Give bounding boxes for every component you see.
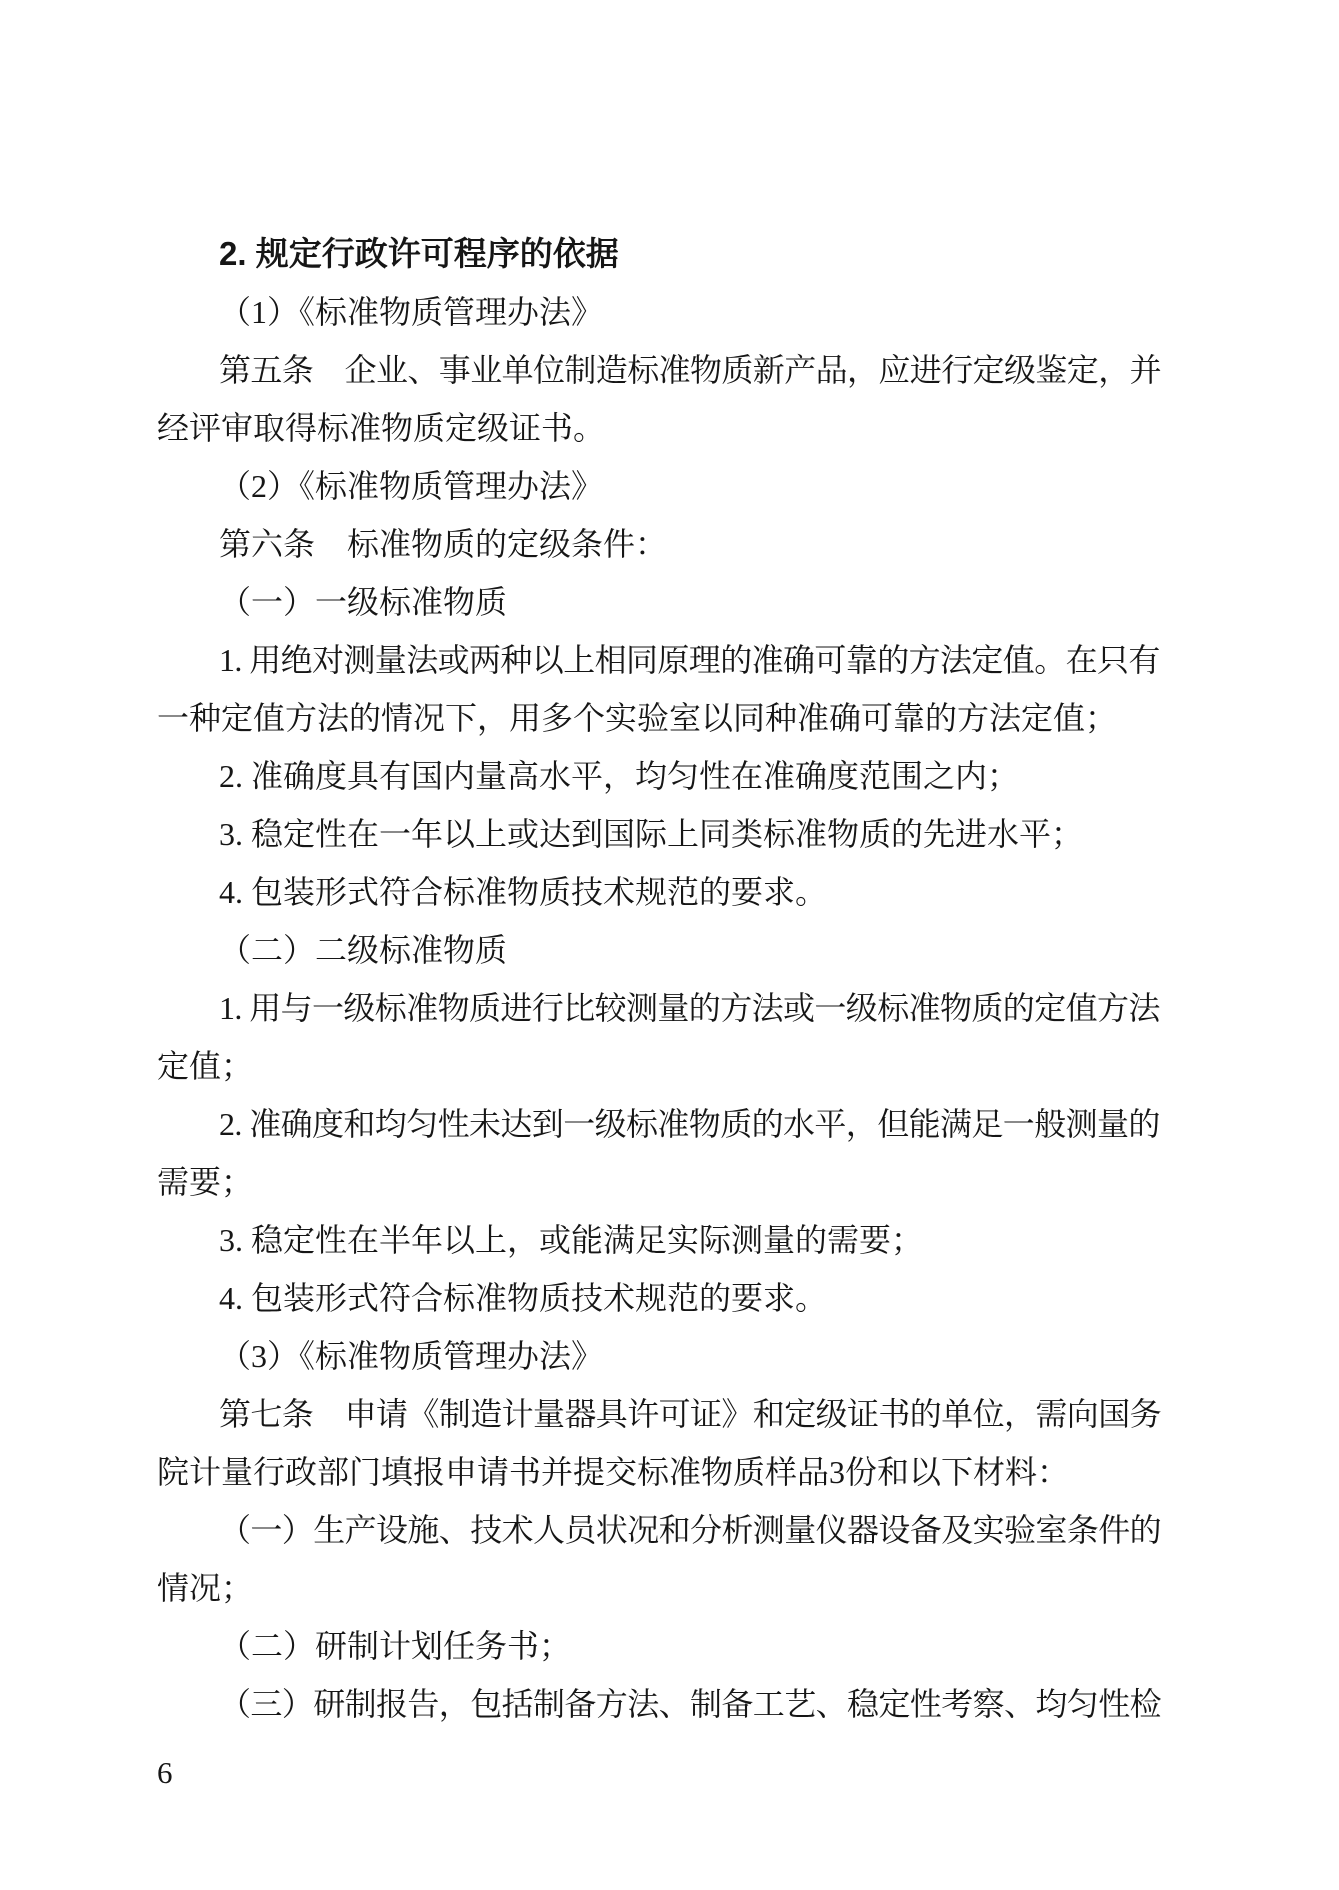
- page-number: 6: [157, 1753, 173, 1793]
- text-line: 2. 准确度具有国内量高水平，均匀性在准确度范围之内；: [157, 747, 1135, 805]
- text-line: （1）《标准物质管理办法》: [157, 283, 1135, 341]
- text-line: 一种定值方法的情况下，用多个实验室以同种准确可靠的方法定值；: [157, 689, 1135, 747]
- text-line: 情况；: [157, 1559, 1135, 1617]
- text-line: （二）研制计划任务书；: [157, 1617, 1135, 1675]
- text-line: 2. 准确度和均匀性未达到一级标准物质的水平，但能满足一般测量的: [157, 1095, 1135, 1153]
- text-line: 4. 包装形式符合标准物质技术规范的要求。: [157, 863, 1135, 921]
- text-line: 1. 用绝对测量法或两种以上相同原理的准确可靠的方法定值。在只有: [157, 631, 1135, 689]
- text-line: 经评审取得标准物质定级证书。: [157, 399, 1135, 457]
- text-line: 第七条 申请《制造计量器具许可证》和定级证书的单位，需向国务: [157, 1385, 1135, 1443]
- text-line: 院计量行政部门填报申请书并提交标准物质样品3份和以下材料：: [157, 1443, 1135, 1501]
- text-line: 第六条 标准物质的定级条件：: [157, 515, 1135, 573]
- section-heading: 2. 规定行政许可程序的依据: [157, 225, 1135, 283]
- text-line: 1. 用与一级标准物质进行比较测量的方法或一级标准物质的定值方法: [157, 979, 1135, 1037]
- text-line: 定值；: [157, 1037, 1135, 1095]
- text-line: 4. 包装形式符合标准物质技术规范的要求。: [157, 1269, 1135, 1327]
- text-line: 3. 稳定性在一年以上或达到国际上同类标准物质的先进水平；: [157, 805, 1135, 863]
- text-line: （二）二级标准物质: [157, 921, 1135, 979]
- document-body: 2. 规定行政许可程序的依据（1）《标准物质管理办法》第五条 企业、事业单位制造…: [157, 225, 1135, 1733]
- text-line: （三）研制报告，包括制备方法、制备工艺、稳定性考察、均匀性检: [157, 1675, 1135, 1733]
- text-line: （一）生产设施、技术人员状况和分析测量仪器设备及实验室条件的: [157, 1501, 1135, 1559]
- text-line: （一）一级标准物质: [157, 573, 1135, 631]
- text-line: 需要；: [157, 1153, 1135, 1211]
- text-line: 第五条 企业、事业单位制造标准物质新产品，应进行定级鉴定，并: [157, 341, 1135, 399]
- text-line: （3）《标准物质管理办法》: [157, 1327, 1135, 1385]
- document-page: 2. 规定行政许可程序的依据（1）《标准物质管理办法》第五条 企业、事业单位制造…: [0, 0, 1339, 1890]
- text-line: 3. 稳定性在半年以上，或能满足实际测量的需要；: [157, 1211, 1135, 1269]
- text-line: （2）《标准物质管理办法》: [157, 457, 1135, 515]
